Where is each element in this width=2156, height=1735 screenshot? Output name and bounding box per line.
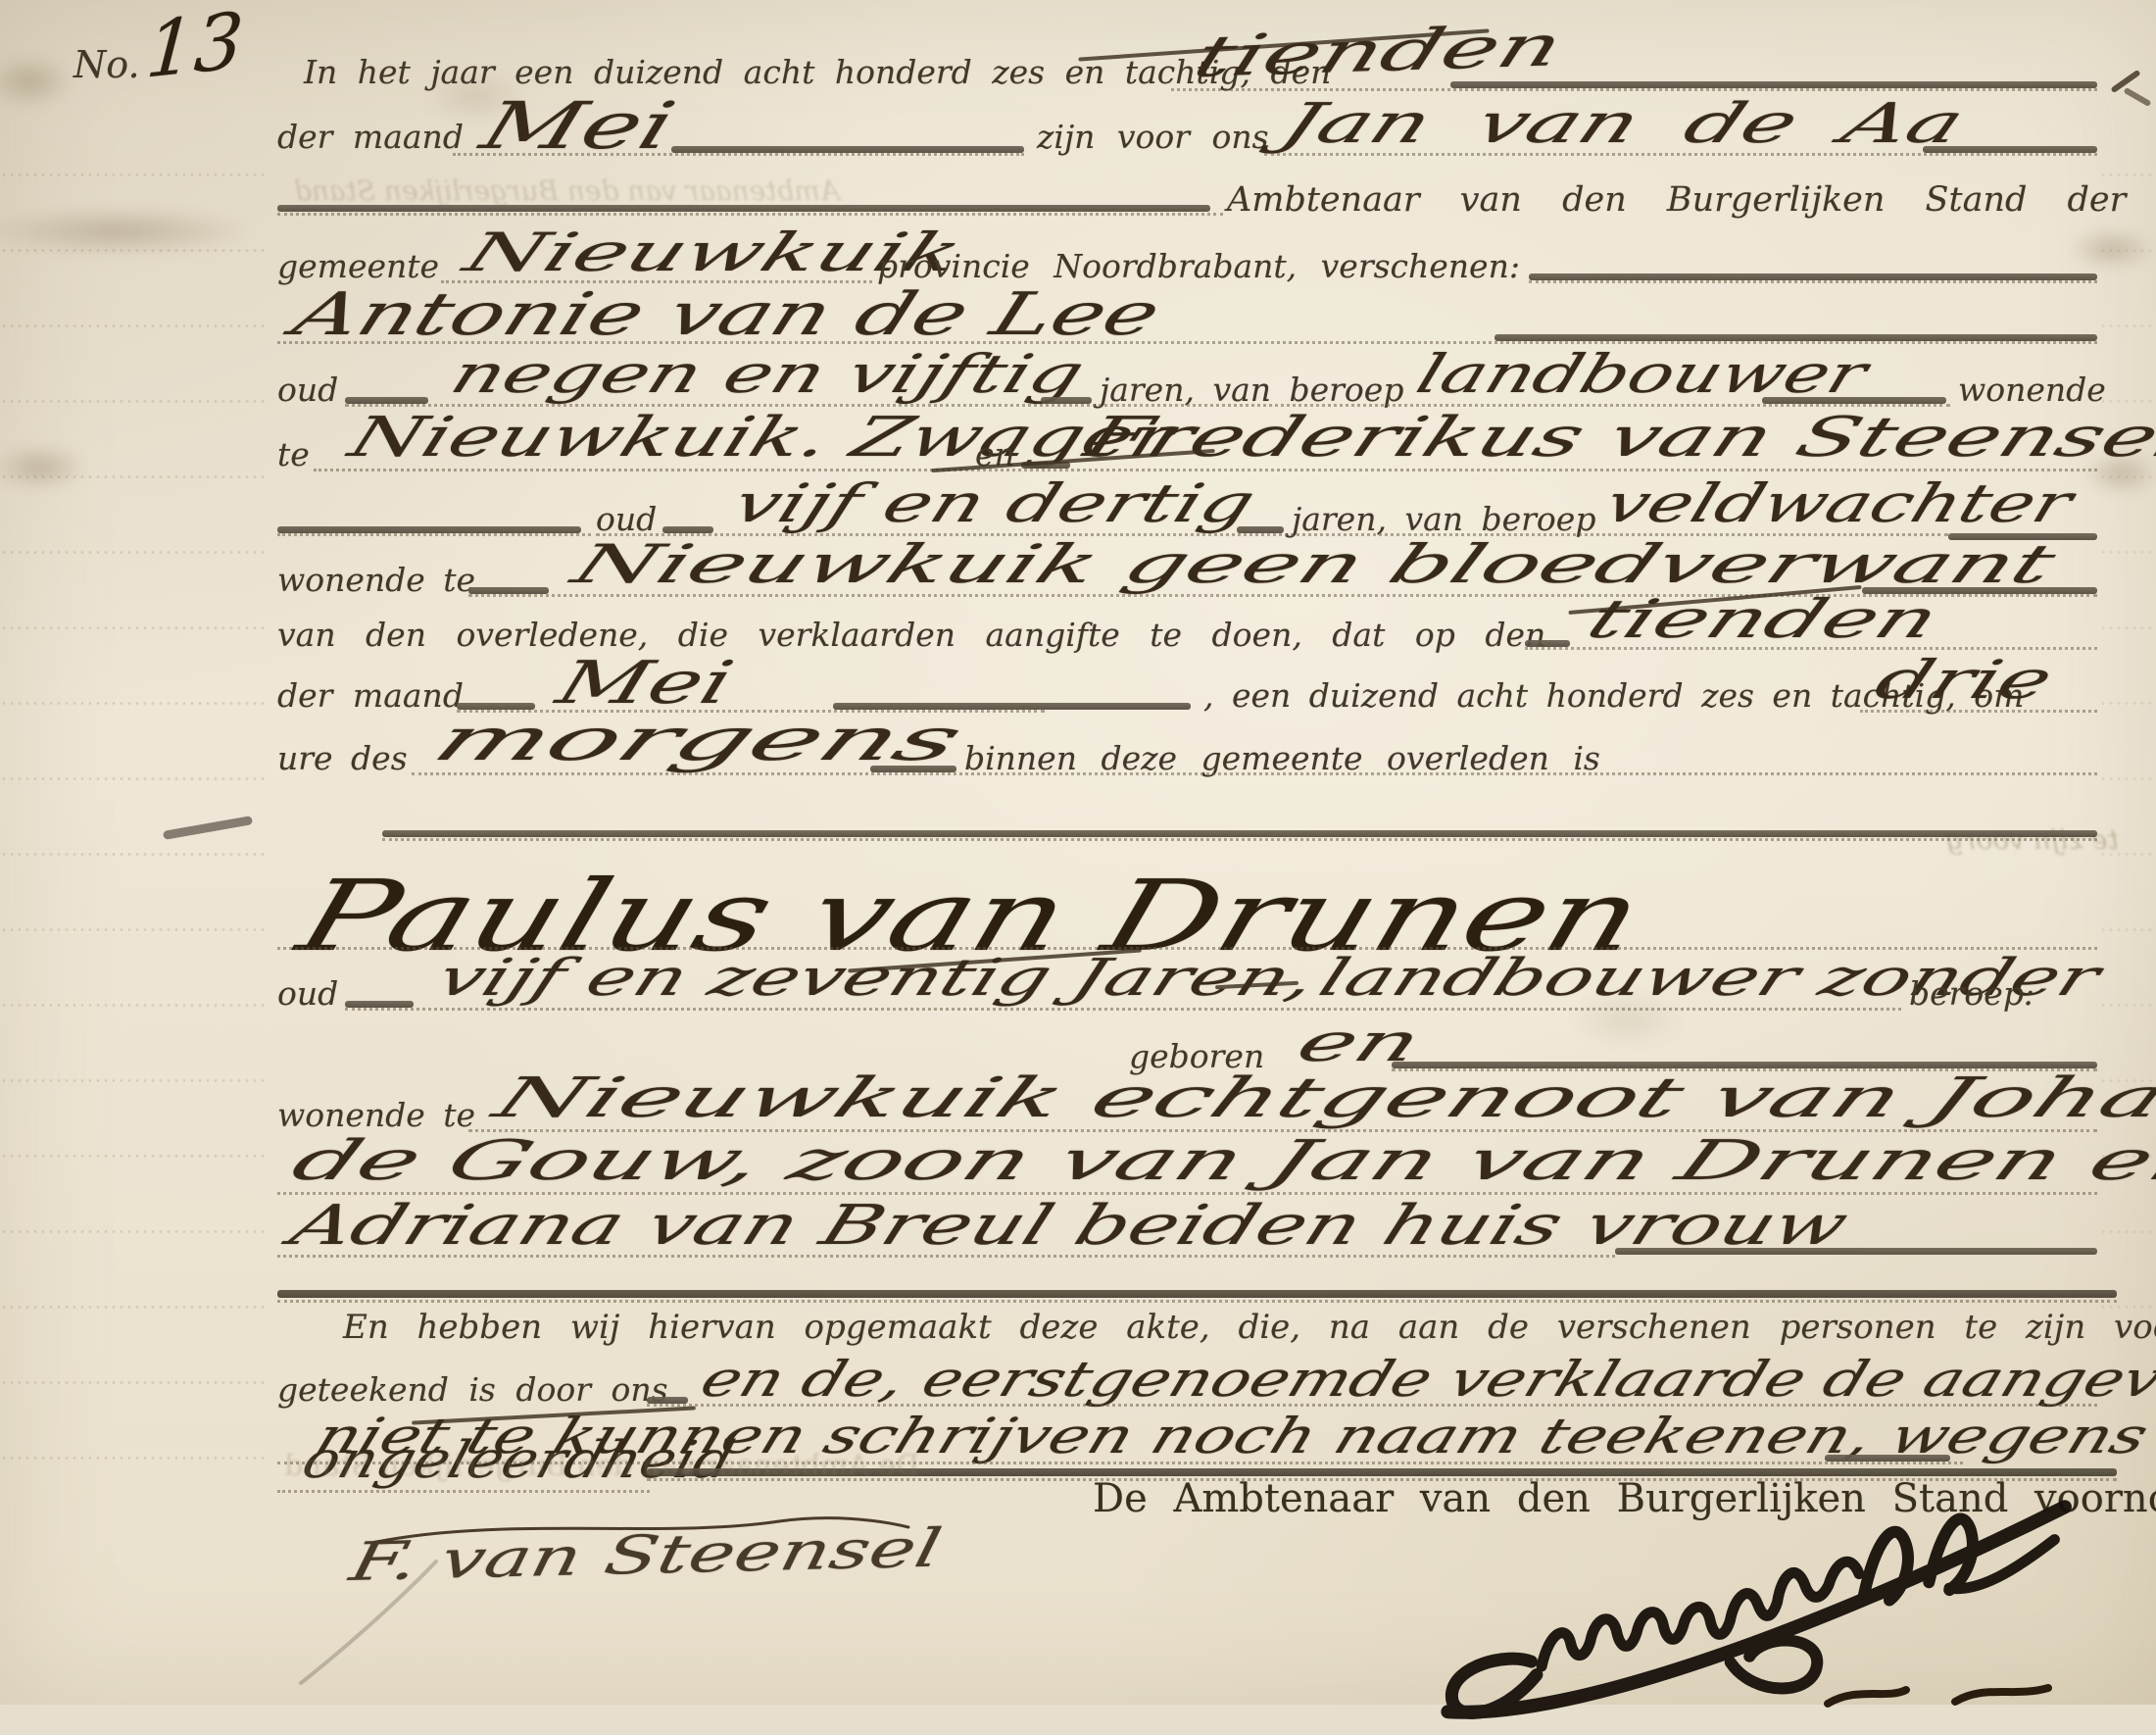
hw-parents-line-1: de Gouw, zoon van Jan van Drunen en van	[282, 1129, 2156, 1193]
right-margin-mark	[2124, 87, 2152, 107]
stain	[0, 54, 73, 109]
printed-zijn-voor-ons: zijn voor ons	[1037, 118, 1269, 156]
hw-official-name: Jan van de Aa	[1272, 92, 1974, 156]
printed-geteekend: geteekend is door ons	[277, 1370, 668, 1409]
printed-der-maand-2: der maand	[277, 676, 464, 715]
rule-dotted	[277, 1300, 2117, 1303]
rule-dotted	[412, 772, 2097, 775]
section-rule	[277, 1290, 2117, 1298]
left-margin-bleed-lines	[0, 137, 267, 1490]
rule-dotted	[314, 469, 2097, 471]
rule-dash	[468, 587, 549, 594]
rule-dash	[1237, 526, 1284, 533]
rule-dash	[662, 526, 713, 533]
printed-beroep-label: beroep:	[1909, 974, 2034, 1013]
rule-bar	[277, 205, 1210, 212]
rule-dotted	[647, 1404, 2097, 1407]
rule-dotted	[1529, 280, 2097, 283]
hw-spouse-line: Nieuwkuik echtgenoot van Johanna	[484, 1066, 2156, 1130]
printed-te: te	[277, 435, 310, 473]
hw-death-hour: drie	[1867, 649, 2062, 711]
printed-wonende-1: wonende	[1958, 371, 2106, 409]
hw-declarant1-beroep: landbouwer	[1409, 343, 1875, 405]
rule-dash	[345, 397, 428, 404]
hw-declarant2-age: vijf en dertig	[725, 472, 1263, 534]
rule-bar	[1923, 146, 2097, 153]
printed-oud-3: oud	[277, 974, 338, 1013]
rule-bar	[1762, 397, 1946, 404]
act-number: 13	[143, 0, 246, 96]
rule-dotted	[382, 838, 2097, 841]
rule-bar	[1529, 273, 2097, 280]
rule-dash	[1525, 640, 1570, 647]
rule-bar	[1615, 1248, 2097, 1255]
printed-der-maand: der maand	[277, 118, 464, 156]
hw-death-day: tienden	[1578, 588, 1949, 650]
death-record-page: te zijn voorg Ambtenaar van den Burgerli…	[0, 0, 2156, 1705]
rule-dash	[345, 1001, 414, 1008]
printed-ambtenaar-line: Ambtenaar van den Burgerlijken Stand der	[1227, 180, 2126, 220]
rule-bar	[671, 146, 1024, 153]
hw-death-reg-day: tienden	[1186, 12, 1571, 90]
bleed-text-top: Ambtenaar van den Burgerlijken Stand	[294, 174, 840, 207]
rule-dash	[647, 1397, 688, 1404]
rule-dotted	[345, 1008, 1901, 1011]
stain	[2068, 227, 2156, 271]
rule-dotted	[277, 1490, 650, 1493]
rule-bar	[1494, 334, 2097, 341]
bleed-text-bottom: De Ambtenaar van den Burgerlijken Stand	[284, 1449, 919, 1483]
rule-dash	[1825, 1455, 1950, 1462]
printed-ure-des: ure des	[277, 739, 408, 777]
hw-declarant2-woonplaats: Nieuwkuik geen bloedverwant	[563, 533, 2065, 595]
rule-dash	[1041, 397, 1092, 404]
printed-year-line: In het jaar een duizend acht honderd zes…	[304, 53, 1331, 91]
rule-bar	[382, 830, 2097, 837]
rule-bar	[277, 526, 581, 533]
printed-wonende-te-1: wonende te	[277, 561, 475, 599]
rule-dotted	[1171, 88, 2097, 91]
rule-bar	[1450, 81, 2097, 88]
hw-declarant2-beroep: veldwachter	[1597, 472, 2080, 534]
rule-dotted	[453, 153, 1024, 156]
pencil-trace	[289, 1554, 456, 1691]
cut-off-writing	[1818, 1682, 2073, 1704]
printed-oud-1: oud	[277, 371, 338, 409]
hw-declarant1-age: negen en vijftig	[443, 343, 1093, 405]
hw-declarant2-name: Frederikus van Steensel	[1076, 406, 2156, 470]
hw-declarant1-name: Antonie van de Lee	[284, 280, 1169, 349]
act-number-label: No.	[73, 43, 140, 86]
printed-overledene-line: van den overledene, die verklaarden aang…	[277, 616, 1545, 654]
hw-deceased-age: vijf en zeventig Jaren,	[429, 949, 1324, 1008]
hw-daypart: morgens	[421, 706, 975, 774]
hw-signed-note-1: en de, eerstgenoemde verklaarde de aange…	[694, 1351, 2156, 1408]
printed-closing-line: En hebben wij hiervan opgemaakt deze akt…	[343, 1308, 2156, 1347]
rule-dotted	[1264, 153, 2097, 156]
rule-dotted	[277, 1255, 1615, 1258]
rule-dotted	[277, 533, 591, 536]
rule-dotted	[277, 213, 1223, 216]
rule-dash	[870, 766, 956, 772]
rule-dotted	[1860, 710, 2097, 713]
